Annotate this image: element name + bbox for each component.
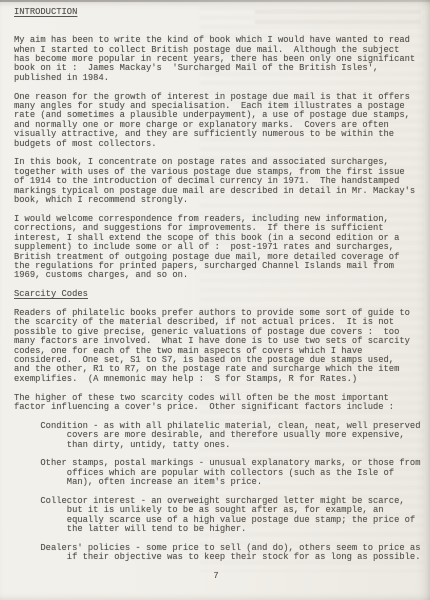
paragraph: Readers of philatelic books prefer autho…	[14, 309, 428, 384]
section-heading-scarcity-codes: Scarcity Codes	[14, 290, 428, 299]
factor-item-other-stamps: Other stamps, postal markings - unusual …	[14, 459, 428, 487]
section-heading-introduction: INTRODUCTION	[14, 8, 428, 17]
paragraph: The higher of these two scarcity codes w…	[14, 394, 428, 413]
section-heading-scarcity-codes-text: Scarcity Codes	[14, 289, 88, 299]
page-number: 7	[14, 572, 418, 581]
factor-item-dealers-policies: Dealers' policies - some price to sell (…	[14, 544, 428, 563]
factor-item-condition: Condition - as with all philatelic mater…	[14, 422, 428, 450]
paragraph: One reason for the growth of interest in…	[14, 93, 428, 149]
paragraph: I would welcome correspondence from read…	[14, 215, 428, 281]
paragraph: In this book, I concentrate on postage r…	[14, 158, 428, 205]
scanned-book-page: INTRODUCTION My aim has been to write th…	[0, 0, 430, 600]
paragraph: My aim has been to write the kind of boo…	[14, 36, 428, 83]
factor-item-collector-interest: Collector interest - an overweight surch…	[14, 497, 428, 535]
section-heading-introduction-text: INTRODUCTION	[14, 7, 77, 17]
scan-top-edge	[0, 0, 430, 2]
page-body: INTRODUCTION My aim has been to write th…	[14, 8, 428, 582]
